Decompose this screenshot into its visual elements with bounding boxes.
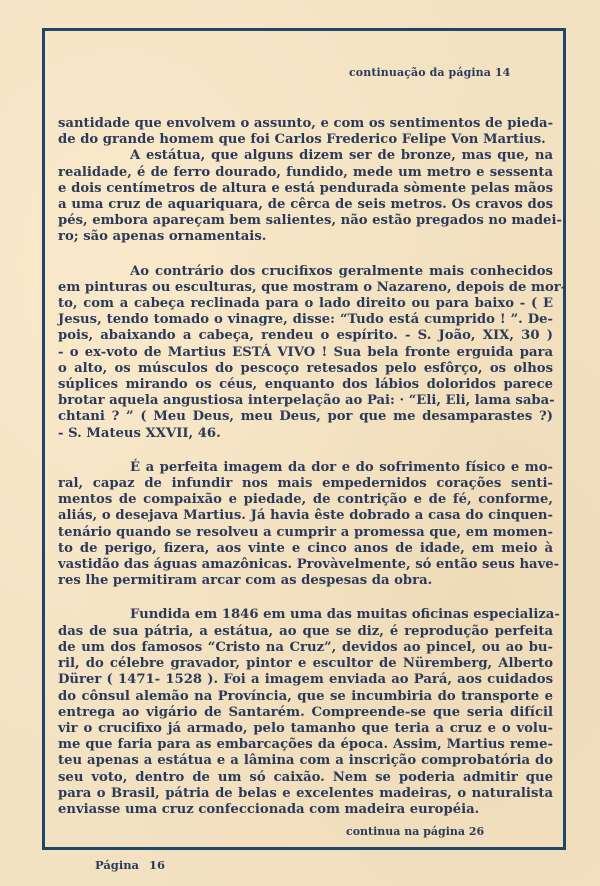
text-line: para o Brasil, pátria de belas e excelen… — [58, 786, 553, 802]
text-line: pés, embora apareçam bem salientes, não … — [58, 213, 553, 229]
paragraph: Fundida em 1846 em uma das muitas oficin… — [58, 607, 553, 818]
text-line: Ao contrário dos crucifixos geralmente m… — [58, 264, 553, 280]
text-line: do cônsul alemão na Província, que se in… — [58, 689, 553, 705]
text-line: realidade, é de ferro dourado, fundido, … — [58, 165, 553, 181]
text-line: teu apenas a estátua e a lâmina com a in… — [58, 753, 553, 769]
continued-on-note: continua na página 26 — [346, 825, 484, 838]
text-line: ro; são apenas ornamentais. — [58, 229, 553, 245]
text-line: enviasse uma cruz confeccionada com made… — [58, 802, 553, 818]
text-line: to, com a cabeça reclinada para o lado d… — [58, 296, 553, 312]
text-line: mentos de compaixão e piedade, de contri… — [58, 492, 553, 508]
page-number: Página 16 — [95, 858, 165, 872]
text-line: me que faria para as embarcações da époc… — [58, 737, 553, 753]
text-line: brotar aquela angustiosa interpelação ao… — [58, 393, 553, 409]
text-line: seu voto, dentro de um só caixão. Nem se… — [58, 770, 553, 786]
text-line: pois, abaixando a cabeça, rendeu o espír… — [58, 328, 553, 344]
text-line: Fundida em 1846 em uma das muitas oficin… — [58, 607, 553, 623]
text-line: res lhe permitiram arcar com as despesas… — [58, 573, 553, 589]
text-line: o alto, os músculos do pescoço retesados… — [58, 361, 553, 377]
text-line: súplices mirando os céus, enquanto dos l… — [58, 377, 553, 393]
text-line: - S. Mateus XXVII, 46. — [58, 426, 553, 442]
text-line: entrega ao vigário de Santarém. Compreen… — [58, 705, 553, 721]
text-line: É a perfeita imagem da dor e do sofrimen… — [58, 460, 553, 476]
text-line: vastidão das águas amazônicas. Provàvelm… — [58, 557, 553, 573]
text-line: aliás, o desejava Martius. Já havia êste… — [58, 508, 553, 524]
paragraph: A estátua, que alguns dizem ser de bronz… — [58, 148, 553, 245]
text-line: ril, do célebre gravador, pintor e escul… — [58, 656, 553, 672]
paragraph: Ao contrário dos crucifixos geralmente m… — [58, 264, 553, 442]
text-line: de um dos famosos “Cristo na Cruz”, devi… — [58, 640, 553, 656]
text-line: A estátua, que alguns dizem ser de bronz… — [58, 148, 553, 164]
text-line: vir o crucifixo já armado, pelo tamanho … — [58, 721, 553, 737]
paragraph: santidade que envolvem o assunto, e com … — [58, 116, 553, 148]
text-line: - o ex-voto de Martius ESTÁ VIVO ! Sua b… — [58, 345, 553, 361]
text-line: a uma cruz de aquariquara, de cêrca de s… — [58, 197, 553, 213]
text-line: santidade que envolvem o assunto, e com … — [58, 116, 553, 132]
text-line: em pinturas ou esculturas, que mostram o… — [58, 280, 553, 296]
paragraph: É a perfeita imagem da dor e do sofrimen… — [58, 460, 553, 590]
text-line: Dürer ( 1471- 1528 ). Foi a imagem envia… — [58, 672, 553, 688]
text-line: e dois centímetros de altura e está pend… — [58, 181, 553, 197]
continued-from-note: continuação da página 14 — [349, 66, 510, 79]
text-line: Jesus, tendo tomado o vinagre, disse: “T… — [58, 312, 553, 328]
text-line: tenário quando se resolveu a cumprir a p… — [58, 525, 553, 541]
text-line: das de sua pátria, a estátua, ao que se … — [58, 624, 553, 640]
text-line: chtani ? ” ( Meu Deus, meu Deus, por que… — [58, 409, 553, 425]
article-body: santidade que envolvem o assunto, e com … — [58, 116, 553, 818]
text-line: ral, capaz de infundir nos mais empedern… — [58, 476, 553, 492]
text-line: to de perigo, fizera, aos vinte e cinco … — [58, 541, 553, 557]
text-line: de do grande homem que foi Carlos Freder… — [58, 132, 553, 148]
